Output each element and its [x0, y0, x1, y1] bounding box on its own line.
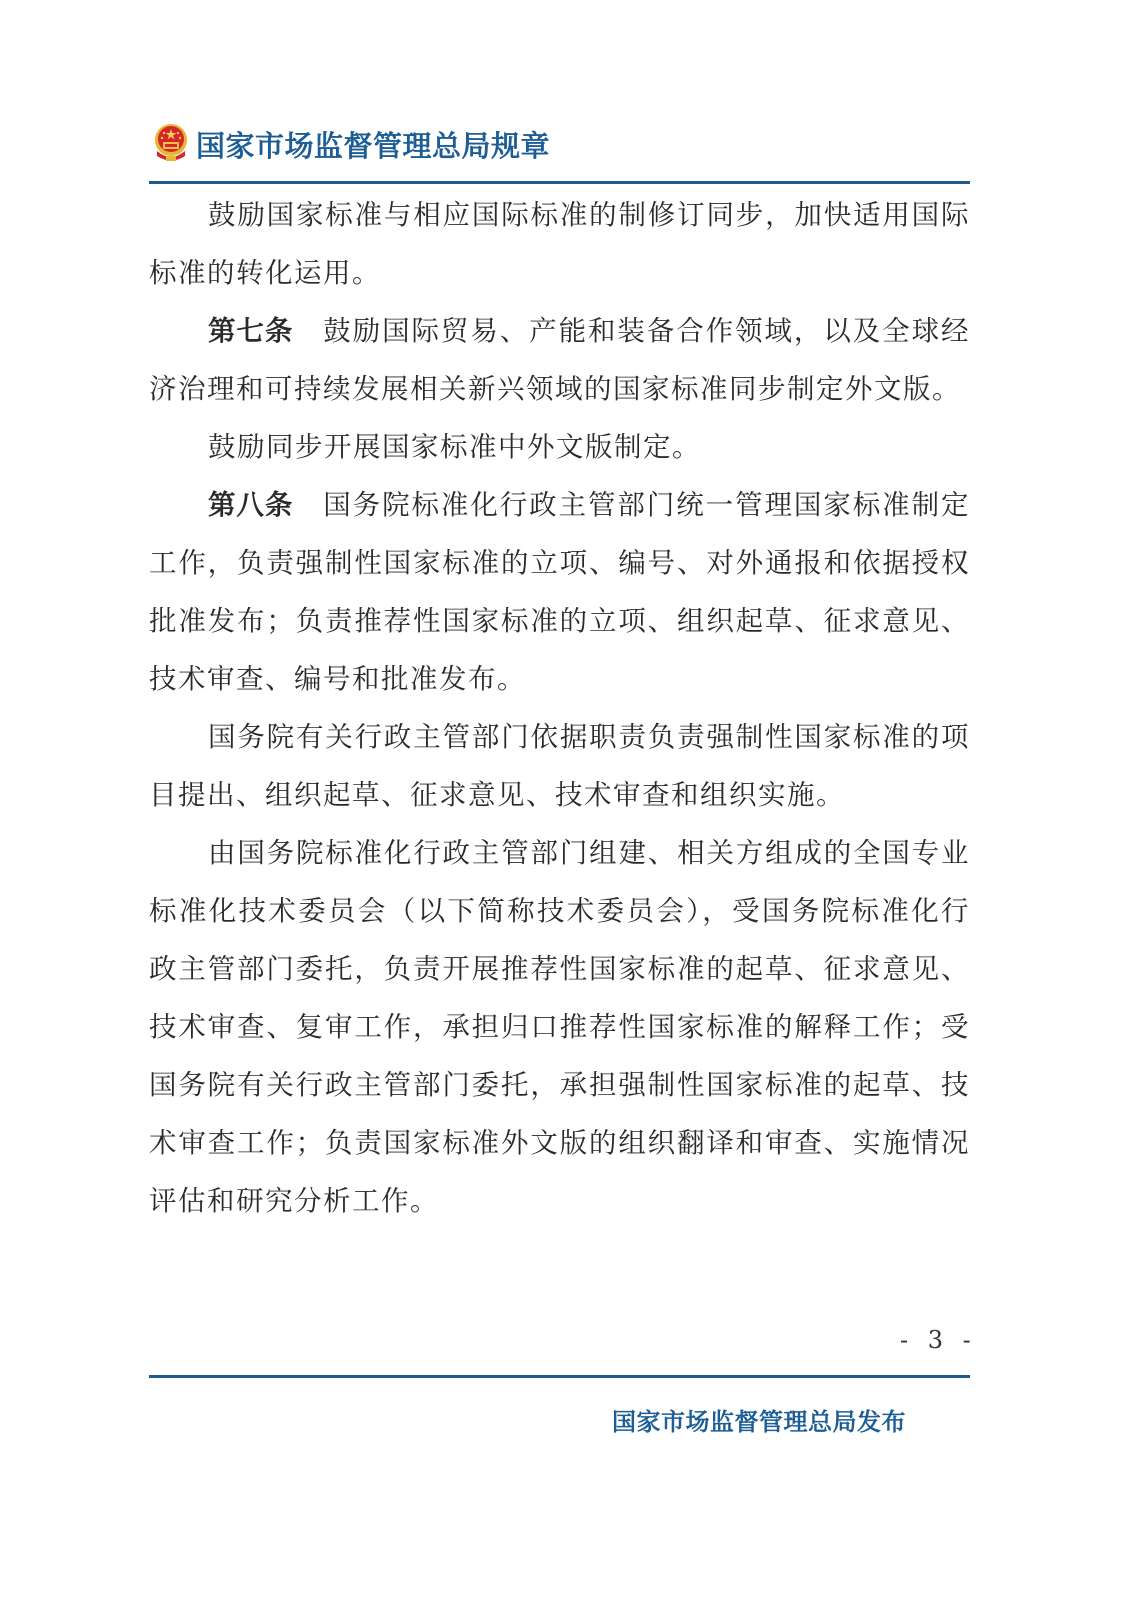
paragraph: 鼓励同步开展国家标准中外文版制定。 — [149, 418, 970, 476]
paragraph-text: 鼓励国家标准与相应国际标准的制修订同步，加快适用国际标准的转化运用。 — [149, 199, 970, 289]
paragraph-text: 由国务院标准化行政主管部门组建、相关方组成的全国专业标准化技术委员会（以下简称技… — [149, 837, 970, 1217]
document-header: 国家市场监督管理总局规章 — [149, 118, 970, 184]
article-heading: 第八条 — [208, 489, 293, 521]
article-heading: 第七条 — [208, 315, 293, 347]
page-number: - 3 - — [900, 1326, 972, 1354]
header-divider — [149, 181, 970, 184]
national-emblem-icon — [152, 123, 190, 165]
article-paragraph: 第八条国务院标准化行政主管部门统一管理国家标准制定工作，负责强制性国家标准的立项… — [149, 476, 970, 708]
footer-divider — [149, 1375, 970, 1378]
paragraph: 由国务院标准化行政主管部门组建、相关方组成的全国专业标准化技术委员会（以下简称技… — [149, 824, 970, 1230]
document-body: 鼓励国家标准与相应国际标准的制修订同步，加快适用国际标准的转化运用。 第七条鼓励… — [149, 186, 970, 1230]
paragraph: 鼓励国家标准与相应国际标准的制修订同步，加快适用国际标准的转化运用。 — [149, 186, 970, 302]
footer-publisher: 国家市场监督管理总局发布 — [612, 1402, 906, 1437]
article-paragraph: 第七条鼓励国际贸易、产能和装备合作领域，以及全球经济治理和可持续发展相关新兴领域… — [149, 302, 970, 418]
paragraph-text: 鼓励同步开展国家标准中外文版制定。 — [208, 431, 701, 463]
paragraph-text: 国务院有关行政主管部门依据职责负责强制性国家标准的项目提出、组织起草、征求意见、… — [149, 721, 970, 811]
header-title: 国家市场监督管理总局规章 — [196, 124, 550, 165]
paragraph: 国务院有关行政主管部门依据职责负责强制性国家标准的项目提出、组织起草、征求意见、… — [149, 708, 970, 824]
